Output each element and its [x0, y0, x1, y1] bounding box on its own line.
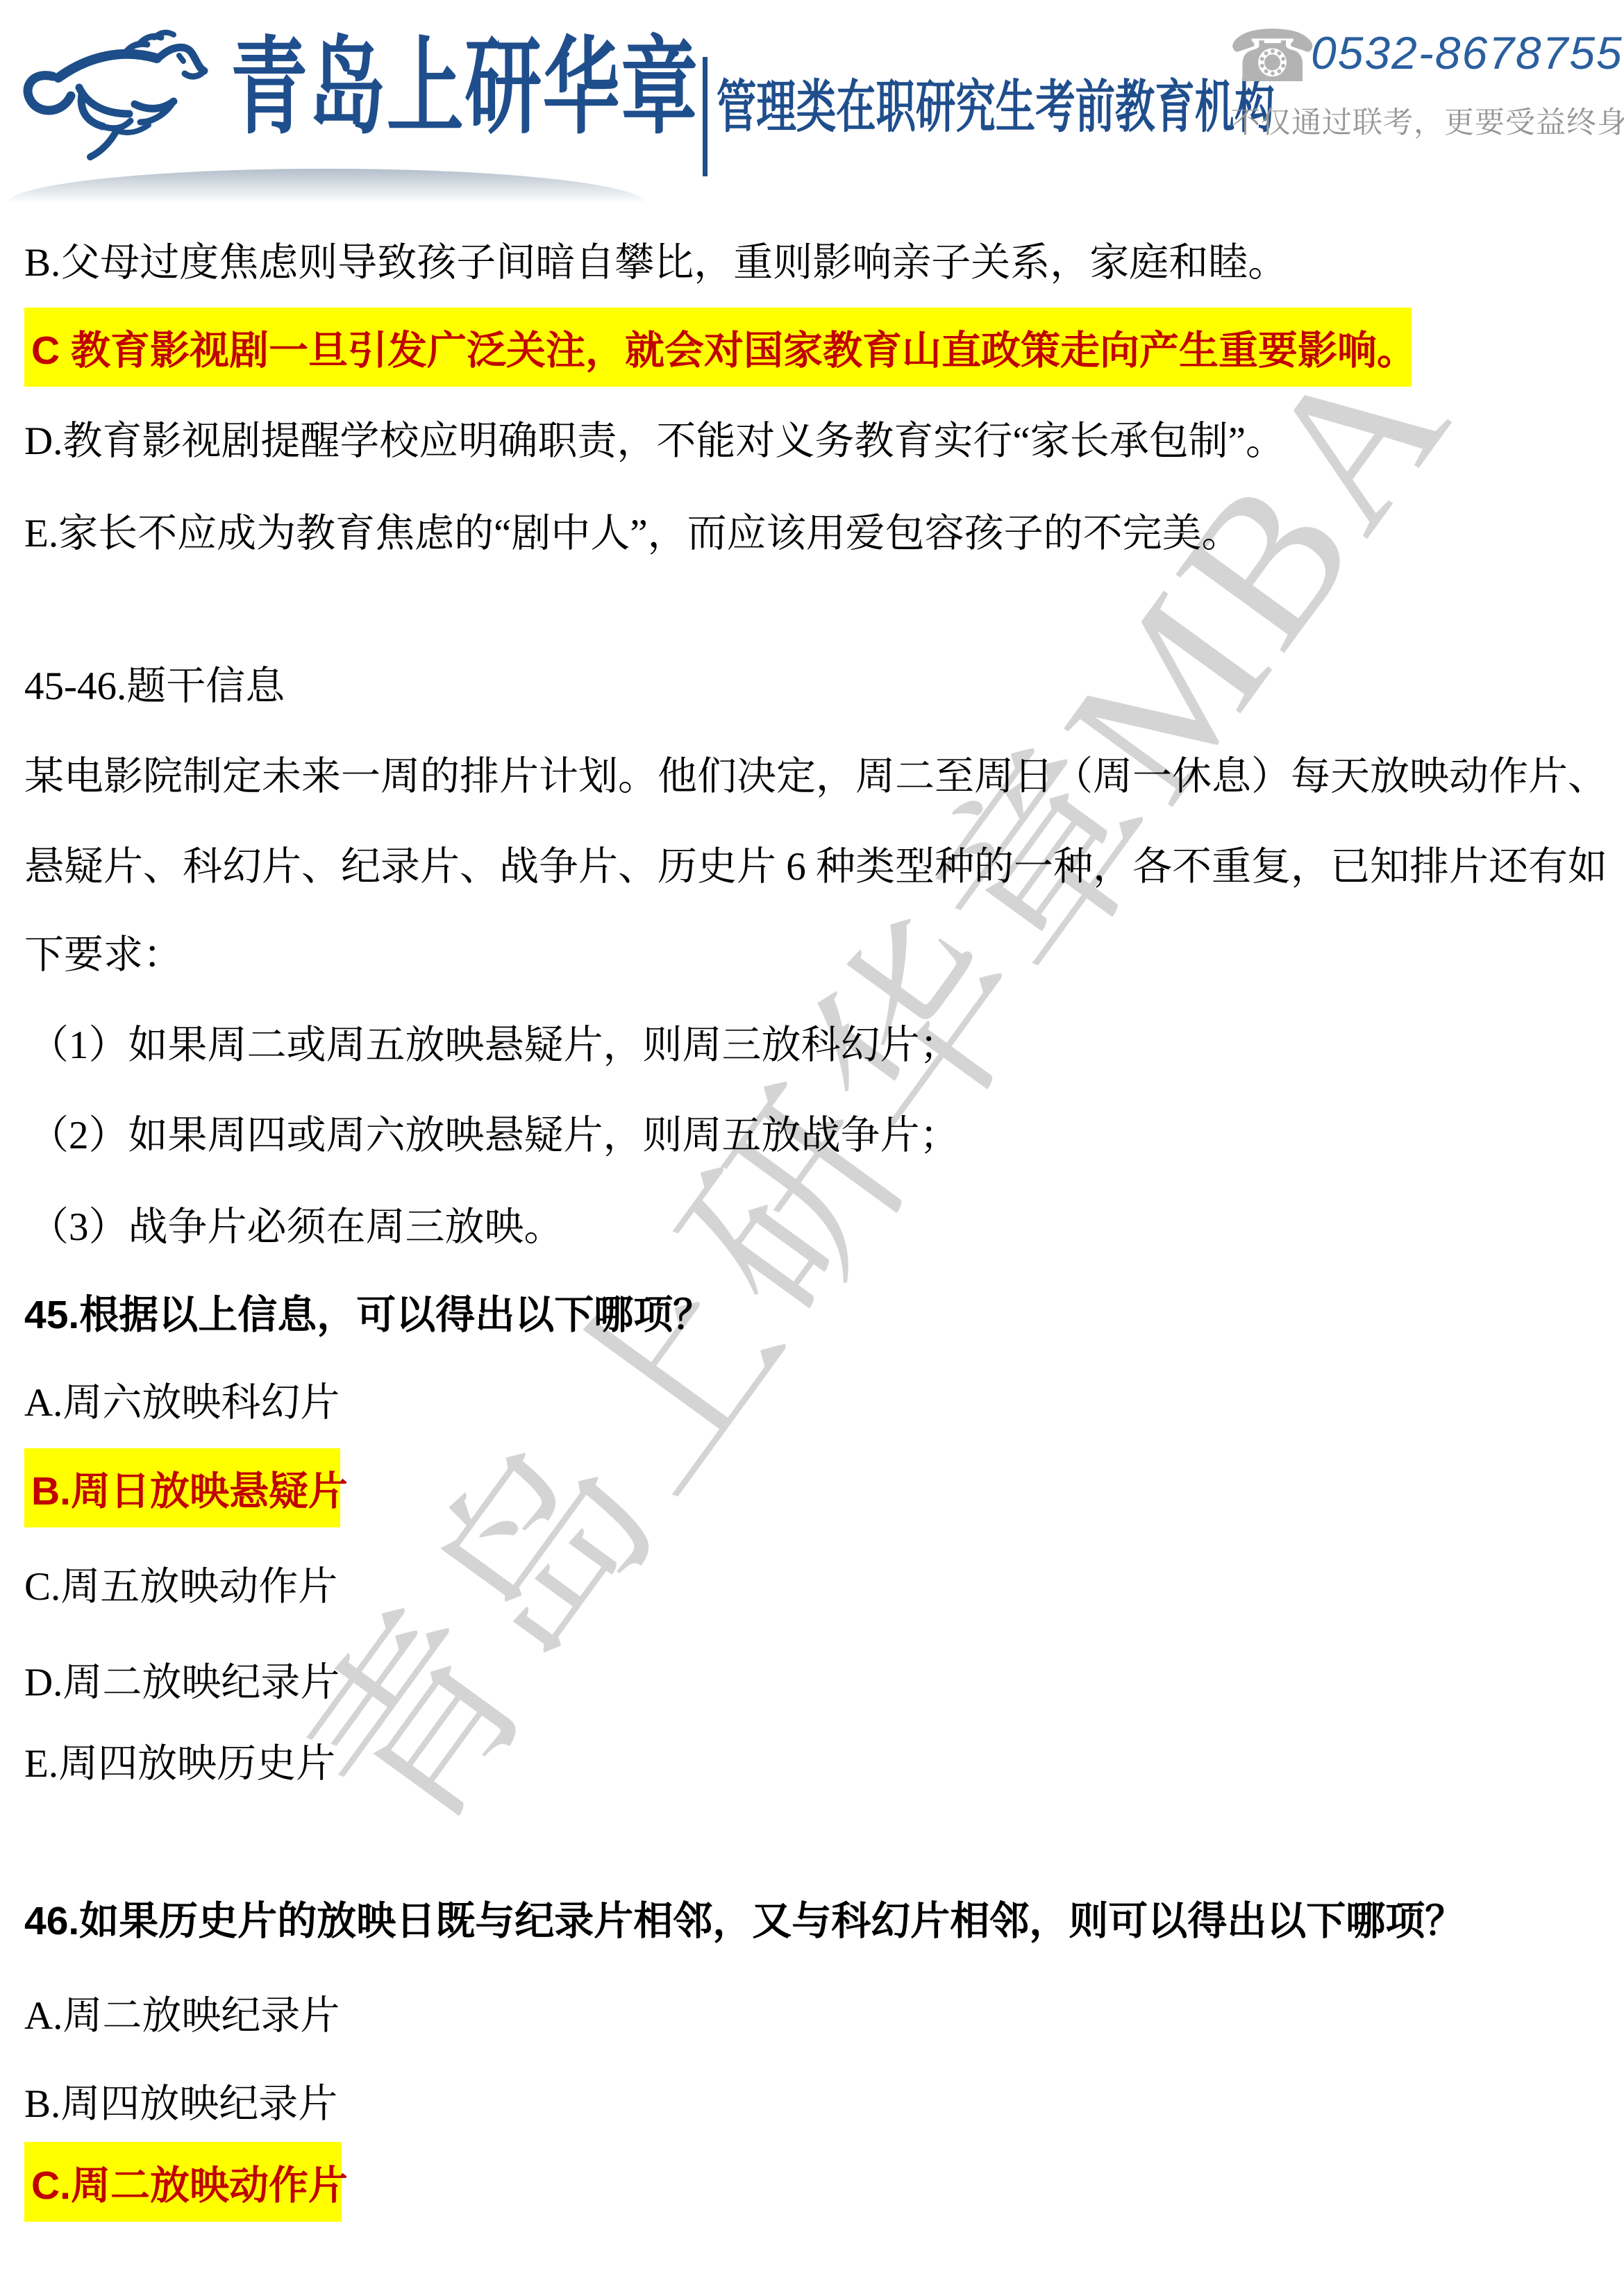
stimulus-line-1: 某电影院制定未来一周的排片计划。他们决定，周二至周日（周一休息）每天放映动作片、 [24, 755, 1607, 798]
q45-option-c: C.周五放映动作片 [24, 1566, 337, 1609]
header: 青岛上研华章 管理类在职研究生考前教育机构 ☎ 0532-86787558 不仅… [0, 0, 1624, 208]
answer-c-highlighted-prev: C 教育影视剧一旦引发广泛关注，就会对国家教育山直政策走向产生重要影响。 [24, 308, 1412, 387]
header-tagline: 管理类在职研究生考前教育机构 [717, 78, 1275, 137]
stimulus-rule-1: （1）如果周二或周五放映悬疑片，则周三放科幻片； [29, 1024, 960, 1067]
q45-option-e: E.周四放映历史片 [24, 1743, 335, 1786]
stimulus-rule-2: （2）如果周四或周六放映悬疑片，则周五放战争片； [29, 1114, 960, 1157]
q46-option-b: B.周四放映纪录片 [24, 2083, 337, 2126]
phone-icon: ☎ [1228, 18, 1318, 94]
stimulus-rule-3: （3）战争片必须在周三放映。 [29, 1206, 564, 1249]
question-45-stem: 45.根据以上信息，可以得出以下哪项？ [24, 1293, 712, 1336]
header-swoosh [7, 169, 646, 203]
stimulus-line-2: 悬疑片、科幻片、纪录片、战争片、历史片 6 种类型种的一种，各不重复，已知排片还… [24, 846, 1607, 889]
brand-logo-text: 青岛上研华章 [231, 35, 699, 140]
horse-logo-icon [12, 12, 221, 169]
question-46-stem: 46.如果历史片的放映日既与纪录片相邻，又与科幻片相邻，则可以得出以下哪项？ [24, 1900, 1464, 1943]
stimulus-heading: 45-46.题干信息 [24, 665, 285, 708]
option-e-prev: E.家长不应成为教育焦虑的“剧中人”，而应该用爱包容孩子的不完美。 [24, 512, 1241, 555]
header-slogan: 不仅通过联考，更要受益终身 [1230, 106, 1624, 140]
q45-option-a: A.周六放映科幻片 [24, 1382, 340, 1425]
header-divider [703, 57, 708, 176]
option-b-prev: B.父母过度焦虑则导致孩子间暗自攀比，重则影响亲子关系，家庭和睦。 [24, 242, 1287, 285]
q45-answer-b-highlighted: B.周日放映悬疑片 [24, 1448, 340, 1527]
q46-option-a: A.周二放映纪录片 [24, 1995, 340, 2038]
q45-option-d: D.周二放映纪录片 [24, 1661, 340, 1704]
diagonal-watermark: 青岛上研华章MBA [211, 228, 1553, 1951]
document-page: 青岛上研华章MBA [0, 0, 1624, 2296]
phone-number: 0532-86787558 [1311, 28, 1624, 78]
stimulus-line-3: 下要求： [24, 934, 183, 977]
q46-answer-c-highlighted: C.周二放映动作片 [24, 2142, 342, 2222]
option-d-prev: D.教育影视剧提醒学校应明确职责，不能对义务教育实行“家长承包制”。 [24, 420, 1285, 463]
